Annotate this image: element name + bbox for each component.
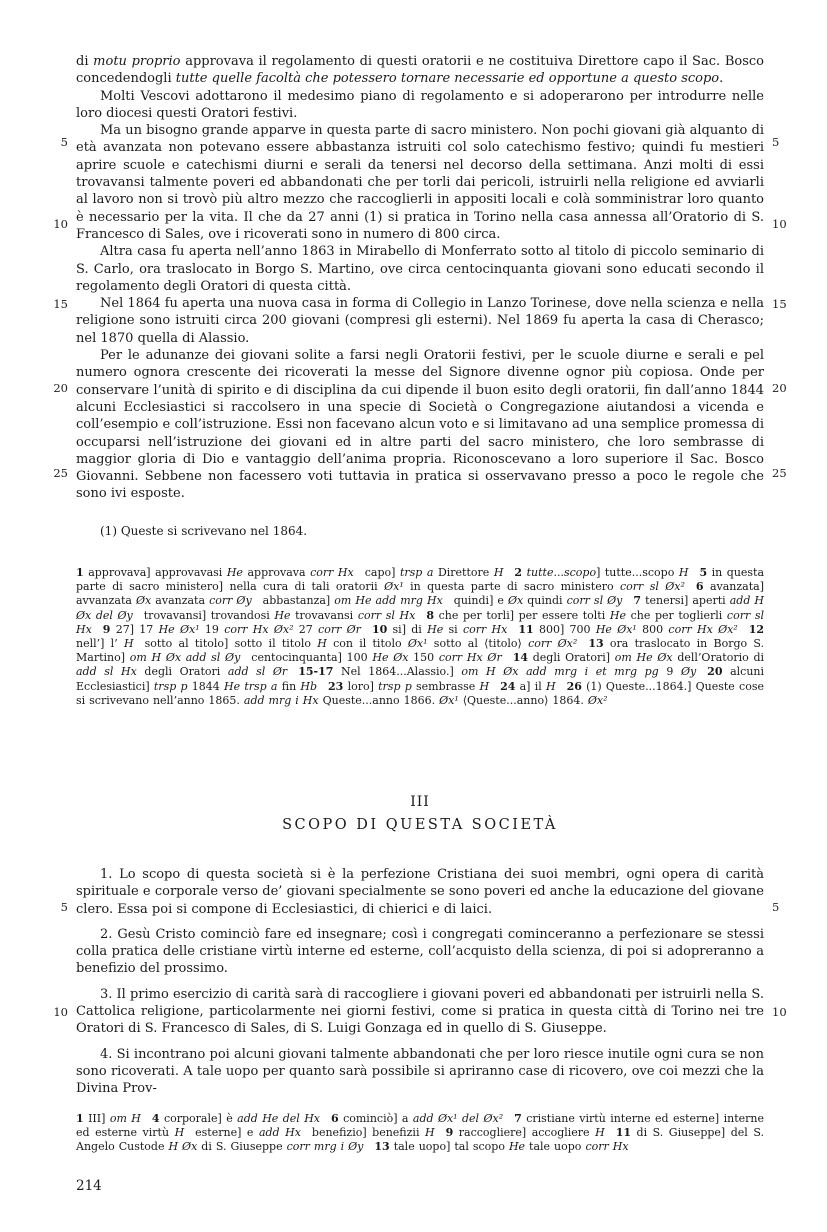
line-number-marker: 5 [772,901,798,913]
line-number-marker: 5 [42,136,68,148]
paragraph: 1. Lo scopo di questa società si è la pe… [76,866,764,918]
footnote: (1) Queste si scrivevano nel 1864. [76,524,764,539]
book-page: 5 10 15 20 25 5 10 15 20 25 di motu prop… [0,0,827,1232]
paragraph: 4. Si incontrano poi alcuni giovani talm… [76,1046,764,1098]
section-number-heading: III [76,794,764,810]
paragraph: Per le adunanze dei giovani solite a far… [76,347,764,503]
line-number-marker: 20 [42,382,68,394]
line-number-marker: 10 [772,1006,798,1018]
apparatus-criticus: 1 III] om H 4 corporale] è add He del Hx… [76,1112,764,1155]
paragraph: Molti Vescovi adottarono il medesimo pia… [76,88,764,123]
line-number-marker: 25 [772,467,798,479]
line-number-marker: 15 [42,298,68,310]
line-number-marker: 25 [42,467,68,479]
line-number-marker: 5 [42,901,68,913]
main-text-block: di motu proprio approvava il regolamento… [76,53,764,503]
paragraph: 2. Gesù Cristo cominciò fare ed insegnar… [76,926,764,978]
line-number-marker: 5 [772,136,798,148]
paragraph: Nel 1864 fu aperta una nuova casa in for… [76,295,764,347]
footnote-block: (1) Queste si scrivevano nel 1864. [76,524,764,539]
paragraph: Ma un bisogno grande apparve in questa p… [76,122,764,243]
line-number-marker: 15 [772,298,798,310]
page-number: 214 [76,1178,102,1194]
line-number-marker: 10 [42,1006,68,1018]
line-number-marker: 20 [772,382,798,394]
line-number-marker: 10 [772,218,798,230]
line-number-marker: 10 [42,218,68,230]
section-title-heading: SCOPO DI QUESTA SOCIETÀ [76,817,764,833]
paragraph: Altra casa fu aperta nell’anno 1863 in M… [76,243,764,295]
paragraph: 3. Il primo esercizio di carità sarà di … [76,986,764,1038]
paragraph: di motu proprio approvava il regolamento… [76,53,764,88]
section-text-block: 1. Lo scopo di questa società si è la pe… [76,866,764,1106]
apparatus-criticus: 1 approvava] approvavasi He approvava co… [76,566,764,708]
